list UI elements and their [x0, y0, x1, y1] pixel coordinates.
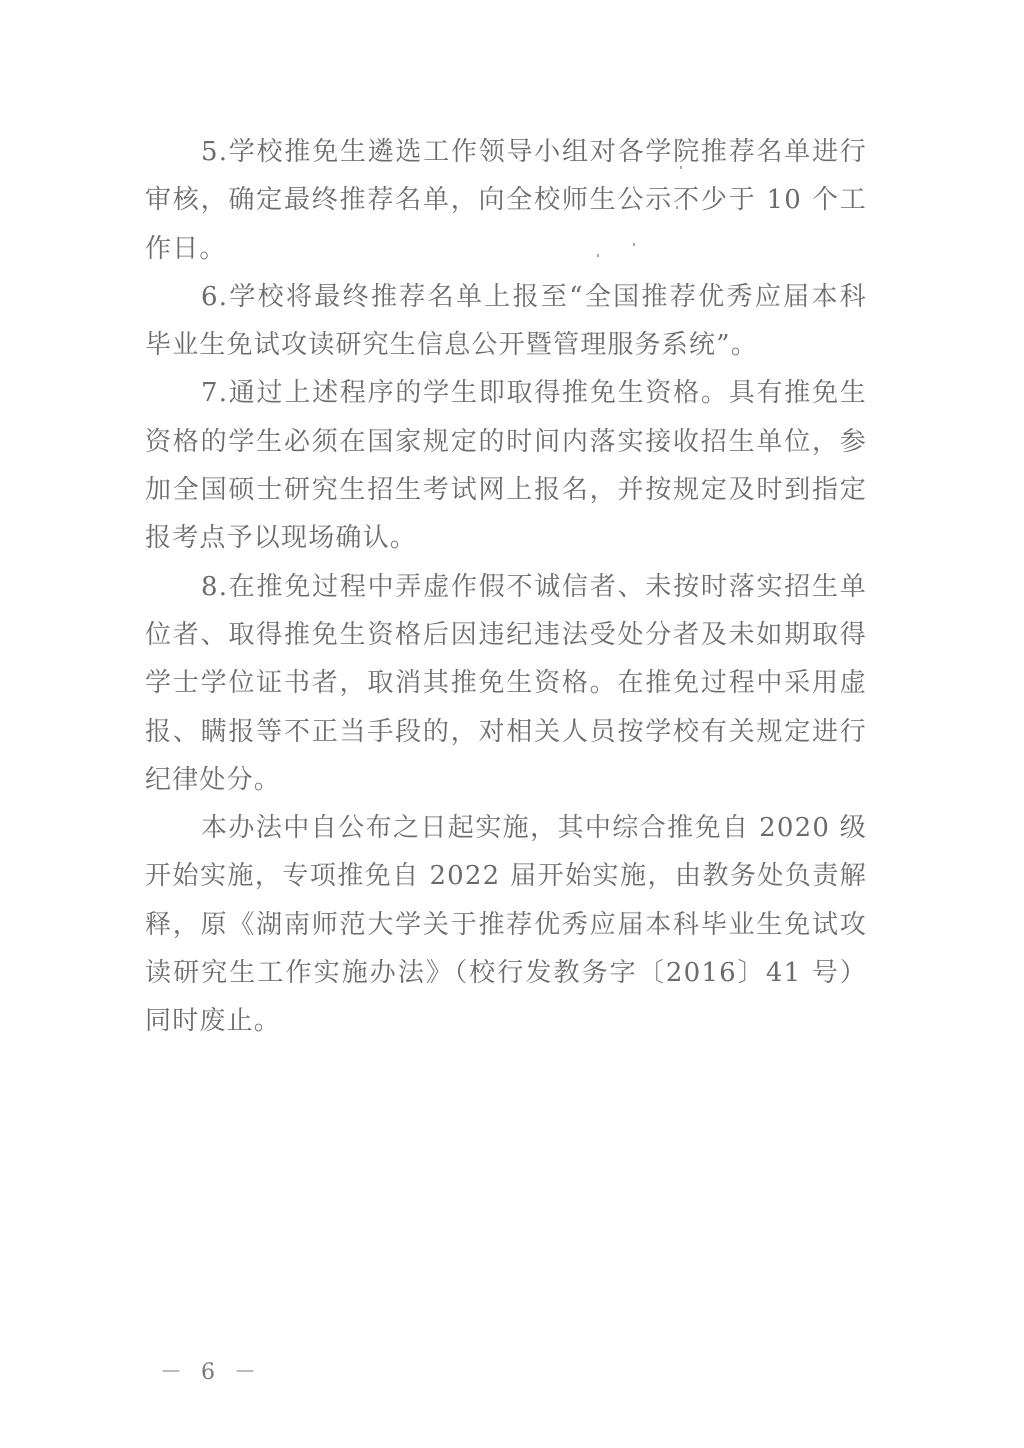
scan-speck — [633, 243, 635, 246]
document-body: 5.学校推免生遴选工作领导小组对各学院推荐名单进行审核，确定最终推荐名单，向全校… — [145, 128, 867, 1046]
scan-speck — [676, 206, 678, 209]
scan-speck — [597, 254, 599, 257]
paragraph-item-7: 7.通过上述程序的学生即取得推免生资格。具有推免生资格的学生必须在国家规定的时间… — [145, 369, 867, 562]
paragraph-item-5: 5.学校推免生遴选工作领导小组对各学院推荐名单进行审核，确定最终推荐名单，向全校… — [145, 128, 867, 273]
paragraph-effective-date: 本办法中自公布之日起实施，其中综合推免自 2020 级开始实施，专项推免自 20… — [145, 804, 867, 1045]
scan-speck — [680, 166, 682, 169]
paragraph-item-6: 6.学校将最终推荐名单上报至“全国推荐优秀应届本科毕业生免试攻读研究生信息公开暨… — [145, 273, 867, 370]
paragraph-item-8: 8.在推免过程中弄虚作假不诚信者、未按时落实招生单位者、取得推免生资格后因违纪违… — [145, 563, 867, 804]
page-number: － 6 － — [160, 1355, 262, 1386]
